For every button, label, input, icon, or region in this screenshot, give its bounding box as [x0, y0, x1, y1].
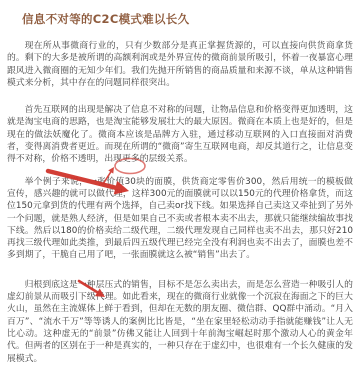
- article-title: 信息不对等的C2C模式难以长久: [22, 11, 353, 27]
- article-content: 信息不对等的C2C模式难以长久 现在所从事微商行业的，只有少数部分是真正掌握货源…: [0, 0, 360, 365]
- article-page: 信息不对等的C2C模式难以长久 现在所从事微商行业的，只有少数部分是真正掌握货源…: [0, 0, 360, 376]
- paragraph-conclusion: 归根到底这是一种层压式的销售，目标不是怎么卖出去，而是怎么营造一种吸引人的虚幻前…: [7, 279, 353, 365]
- paragraph-mask-example: 举个例子来说，一张价值30块的面膜，供货商定零售价300，然后用统一的模板做宣传…: [7, 176, 353, 262]
- paragraph-internet-transparency: 首先互联网的出现是解决了信息不对称的问题，让物品信息和价格变得更加透明，这就是淘…: [7, 104, 353, 165]
- paragraph-intro: 现在所从事微商行业的，只有少数部分是真正掌握货源的，可以直接向供货商拿货的。剩下…: [7, 40, 353, 89]
